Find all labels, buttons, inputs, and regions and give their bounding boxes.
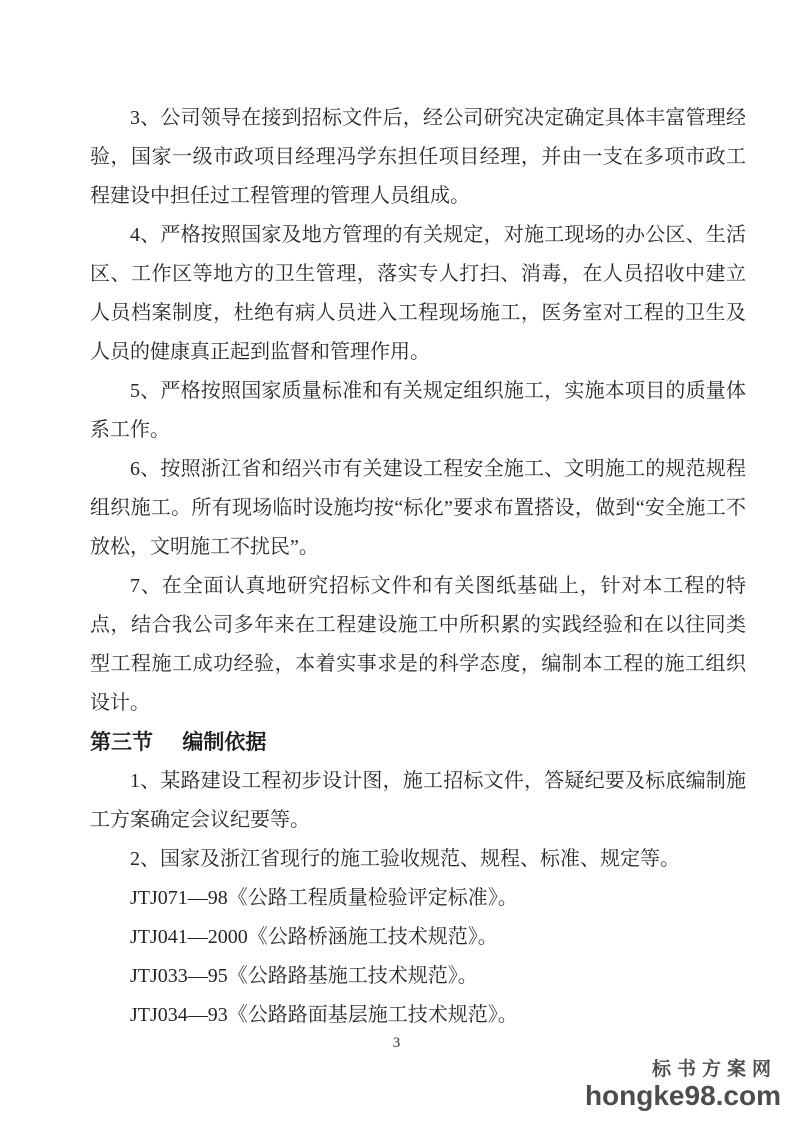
paragraph-5: 5、严格按照国家质量标准和有关规定组织施工，实施本项目的质量体系工作。: [90, 372, 746, 450]
section-heading-number: 第三节: [90, 731, 153, 754]
paragraph-7: 7、在全面认真地研究招标文件和有关图纸基础上，针对本工程的特点，结合我公司多年来…: [90, 567, 746, 723]
page-number: 3: [0, 1033, 793, 1053]
standard-line-jtj034: JTJ034—93《公路路面基层施工技术规范》。: [90, 996, 746, 1035]
standard-line-jtj033: JTJ033—95《公路路基施工技术规范》。: [90, 957, 746, 996]
standard-line-jtj071: JTJ071—98《公路工程质量检验评定标准》。: [90, 879, 746, 918]
paragraph-basis-1: 1、某路建设工程初步设计图，施工招标文件，答疑纪要及标底编制施工方案确定会议纪要…: [90, 762, 746, 840]
paragraph-3: 3、公司领导在接到招标文件后，经公司研究决定确定具体丰富管理经验，国家一级市政项…: [90, 99, 746, 216]
section-heading: 第三节编制依据: [90, 723, 746, 762]
standard-line-jtj041: JTJ041—2000《公路桥涵施工技术规范》。: [90, 918, 746, 957]
watermark-site-name: 标书方案网: [585, 1058, 777, 1082]
paragraph-4: 4、严格按照国家及地方管理的有关规定，对施工现场的办公区、生活区、工作区等地方的…: [90, 216, 746, 372]
paragraph-basis-2: 2、国家及浙江省现行的施工验收规范、规程、标准、规定等。: [90, 840, 746, 879]
document-body: 3、公司领导在接到招标文件后，经公司研究决定确定具体丰富管理经验，国家一级市政项…: [90, 99, 746, 1035]
document-page: 3、公司领导在接到招标文件后，经公司研究决定确定具体丰富管理经验，国家一级市政项…: [0, 0, 793, 1122]
paragraph-6: 6、按照浙江省和绍兴市有关建设工程安全施工、文明施工的规范规程组织施工。所有现场…: [90, 450, 746, 567]
section-heading-title: 编制依据: [182, 731, 266, 754]
watermark-site-url: hongke98.com: [585, 1082, 781, 1110]
watermark: 标书方案网 hongke98.com: [585, 1058, 781, 1110]
